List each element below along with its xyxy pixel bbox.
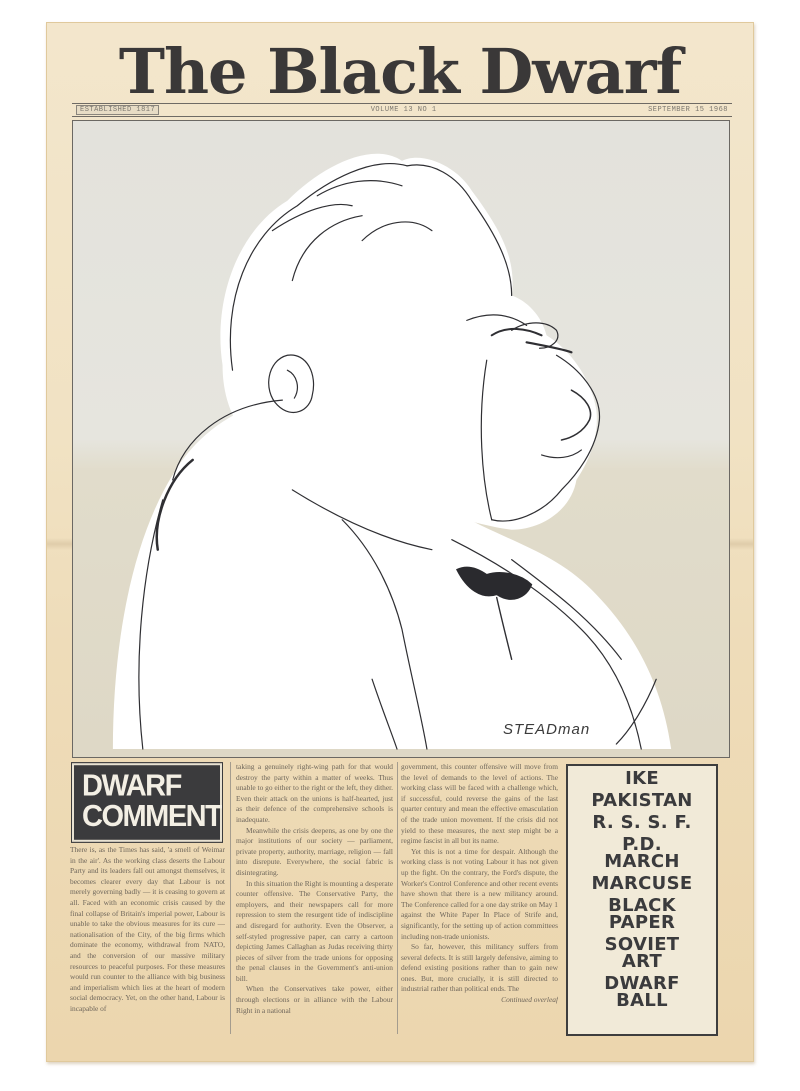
contents-item-paper: PAPER: [568, 914, 716, 931]
continued-overleaf-link[interactable]: Continued overleaf: [401, 995, 558, 1006]
contents-box: IKE PAKISTAN R. S. S. F. P.D. MARCH MARC…: [566, 764, 718, 1036]
contents-item-art: ART: [568, 953, 716, 970]
contents-item-ike: IKE: [568, 770, 716, 787]
caricature-illustration: STEADman: [72, 120, 730, 758]
dateline-bar: ESTABLISHED 1817 VOLUME 13 NO 1 SEPTEMBE…: [72, 103, 732, 117]
paragraph: In this situation the Right is mounting …: [236, 879, 393, 985]
column-divider: [230, 762, 231, 1034]
artist-signature: STEADman: [503, 721, 590, 738]
masthead-title: The Black Dwarf: [60, 40, 740, 104]
paragraph: government, this counter offensive will …: [401, 762, 558, 847]
heading-line-1: DWARF: [82, 772, 212, 802]
contents-item-marcuse: MARCUSE: [568, 875, 716, 892]
established-label: ESTABLISHED 1817: [76, 105, 159, 115]
paragraph: There is, as the Times has said, 'a smel…: [70, 845, 225, 1015]
dwarf-comment-heading: DWARF COMMENT: [72, 763, 222, 842]
paragraph: taking a genuinely right-wing path for t…: [236, 762, 393, 826]
volume-label: VOLUME 13 NO 1: [371, 106, 437, 114]
contents-item-march: MARCH: [568, 853, 716, 870]
paragraph: Yet this is not a time for despair. Alth…: [401, 847, 558, 942]
caricature-drawing-icon: [73, 121, 729, 757]
article-column-2: taking a genuinely right-wing path for t…: [236, 762, 393, 1034]
issue-date: SEPTEMBER 15 1968: [648, 106, 728, 114]
paragraph: When the Conservatives take power, eithe…: [236, 984, 393, 1016]
article-column-1: There is, as the Times has said, 'a smel…: [70, 845, 225, 1035]
heading-line-2: COMMENT: [82, 802, 212, 832]
paragraph: Meanwhile the crisis deepens, as one by …: [236, 826, 393, 879]
contents-item-rssf: R. S. S. F.: [568, 814, 716, 831]
contents-item-ball: BALL: [568, 992, 716, 1009]
contents-item-pakistan: PAKISTAN: [568, 792, 716, 809]
column-divider: [397, 762, 398, 1034]
article-column-3: government, this counter offensive will …: [401, 762, 558, 1034]
paragraph: So far, however, this militancy suffers …: [401, 942, 558, 995]
